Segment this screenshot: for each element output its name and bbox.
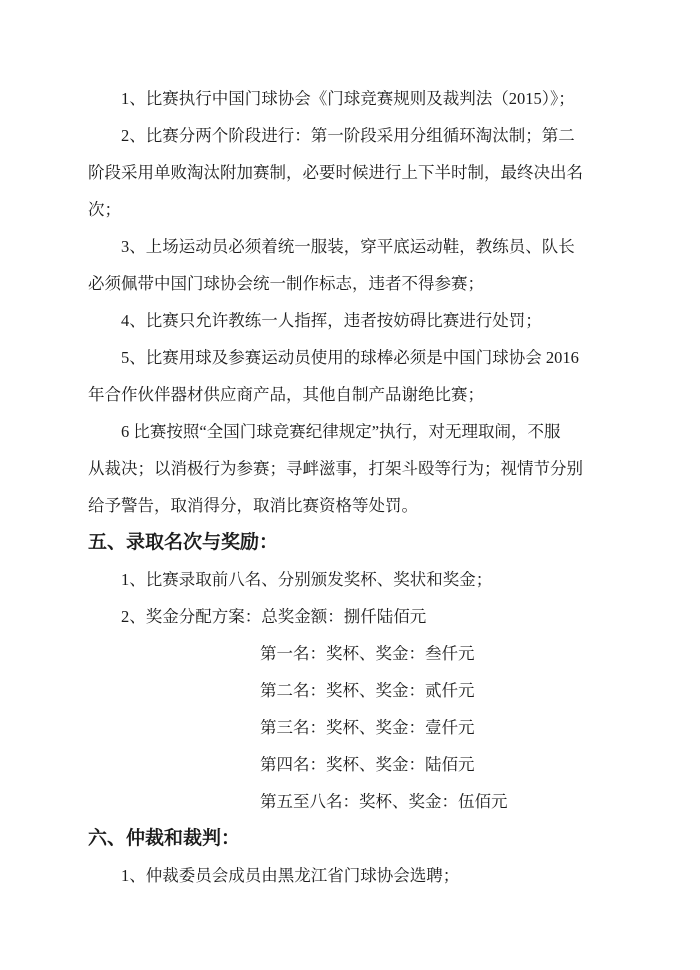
text-line: 给予警告，取消得分，取消比赛资格等处罚。 <box>88 487 648 524</box>
text-line: 阶段采用单败淘汰附加赛制，必要时候进行上下半时制，最终决出名 <box>88 154 648 191</box>
document-page: 1、比赛执行中国门球协会《门球竞赛规则及裁判法（2015）》；2、比赛分两个阶段… <box>0 0 700 970</box>
text-line: 次； <box>88 191 648 228</box>
text-line: 1、仲裁委员会成员由黑龙江省门球协会选聘； <box>88 857 648 894</box>
prize-line: 第四名：奖杯、奖金：陆佰元 <box>88 746 648 783</box>
prize-line: 第一名：奖杯、奖金：叁仟元 <box>88 635 648 672</box>
document-text-block: 1、比赛执行中国门球协会《门球竞赛规则及裁判法（2015）》；2、比赛分两个阶段… <box>88 80 648 894</box>
text-line: 年合作伙伴器材供应商产品，其他自制产品谢绝比赛； <box>88 376 648 413</box>
section-heading: 六、仲裁和裁判： <box>88 820 648 857</box>
text-line: 3、上场运动员必须着统一服装，穿平底运动鞋，教练员、队长 <box>88 228 648 265</box>
text-line: 1、比赛执行中国门球协会《门球竞赛规则及裁判法（2015）》； <box>88 80 648 117</box>
text-line: 必须佩带中国门球协会统一制作标志，违者不得参赛； <box>88 265 648 302</box>
prize-line: 第二名：奖杯、奖金：贰仟元 <box>88 672 648 709</box>
text-line: 2、奖金分配方案：总奖金额：捌仟陆佰元 <box>88 598 648 635</box>
text-line: 4、比赛只允许教练一人指挥，违者按妨碍比赛进行处罚； <box>88 302 648 339</box>
text-line: 6 比赛按照“全国门球竞赛纪律规定”执行，对无理取闹，不服 <box>88 413 648 450</box>
text-line: 从裁决；以消极行为参赛；寻衅滋事，打架斗殴等行为；视情节分别 <box>88 450 648 487</box>
text-line: 2、比赛分两个阶段进行：第一阶段采用分组循环淘汰制；第二 <box>88 117 648 154</box>
prize-line: 第三名：奖杯、奖金：壹仟元 <box>88 709 648 746</box>
text-line: 5、比赛用球及参赛运动员使用的球棒必须是中国门球协会 2016 <box>88 339 648 376</box>
text-line: 1、比赛录取前八名、分别颁发奖杯、奖状和奖金； <box>88 561 648 598</box>
prize-line: 第五至八名：奖杯、奖金：伍佰元 <box>88 783 648 820</box>
section-heading: 五、录取名次与奖励： <box>88 524 648 561</box>
